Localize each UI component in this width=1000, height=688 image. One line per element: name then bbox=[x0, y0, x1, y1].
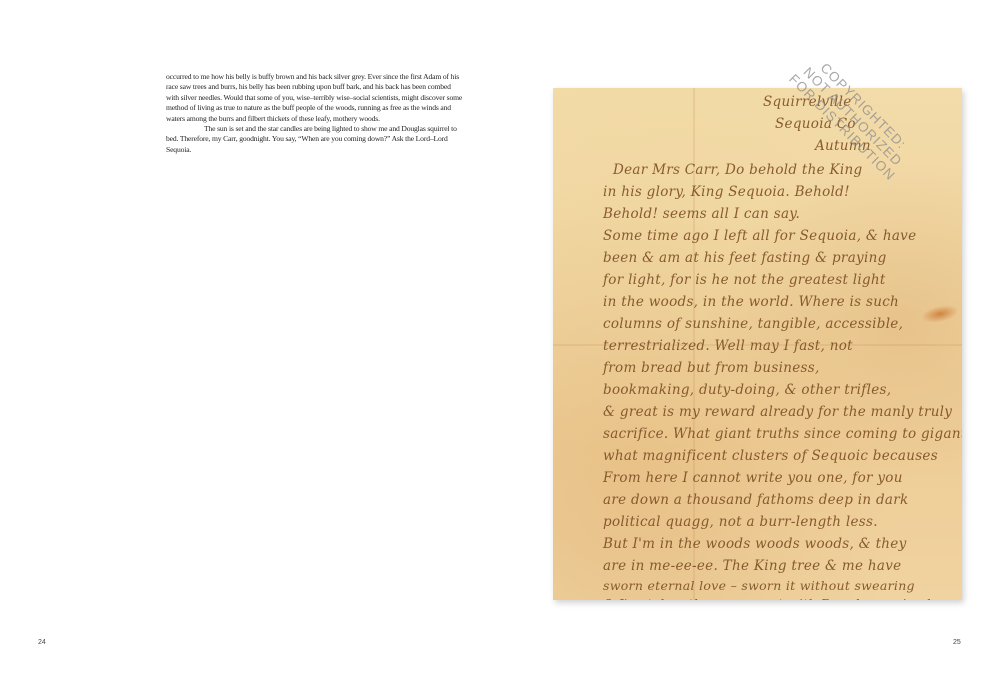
handwriting-line: sacrifice. What giant truths since comin… bbox=[603, 426, 962, 442]
handwriting-line: what magnificent clusters of Sequoic bec… bbox=[603, 448, 938, 464]
handwriting-line: From here I cannot write you one, for yo… bbox=[603, 470, 903, 486]
paragraph: occurred to me how his belly is buffy br… bbox=[166, 72, 464, 124]
handwriting-line: from bread but from business, bbox=[603, 360, 820, 376]
handwriting-line: terrestrialized. Well may I fast, not bbox=[603, 338, 853, 354]
handwriting-line: for light, for is he not the greatest li… bbox=[603, 272, 886, 288]
handwriting-line: But I'm in the woods woods woods, & they bbox=[603, 536, 907, 552]
handwriting-line: are down a thousand fathoms deep in dark bbox=[603, 492, 908, 508]
handwriting-line: Behold! seems all I can say. bbox=[603, 206, 800, 222]
handwriting-line: sworn eternal love – sworn it without sw… bbox=[603, 578, 915, 593]
ink-stain bbox=[920, 302, 960, 326]
handwriting-line: Some time ago I left all for Sequoia, & … bbox=[603, 228, 916, 244]
page-number: 24 bbox=[38, 639, 46, 646]
handwriting-line: & great is my reward already for the man… bbox=[603, 404, 952, 420]
page-number: 25 bbox=[953, 639, 961, 646]
handwriting-line: political quagg, not a burr-length less. bbox=[603, 514, 878, 530]
body-text: occurred to me how his belly is buffy br… bbox=[166, 72, 464, 155]
paragraph: The sun is set and the star candles are … bbox=[166, 124, 464, 155]
handwriting-line: in the woods, in the world. Where is suc… bbox=[603, 294, 899, 310]
left-page: occurred to me how his belly is buffy br… bbox=[0, 0, 500, 688]
handwriting-line: bookmaking, duty-doing, & other trifles, bbox=[603, 382, 891, 398]
right-page: Squirrelville Sequoia Co Autumn Dear Mrs… bbox=[500, 0, 1000, 688]
handwriting-line: are in me-ee-ee. The King tree & me have bbox=[603, 558, 901, 574]
handwriting-line: columns of sunshine, tangible, accessibl… bbox=[603, 316, 903, 332]
handwriting-line: & I've taken the sacrament with Douglas … bbox=[603, 596, 931, 600]
handwriting-line: been & am at his feet fasting & praying bbox=[603, 250, 887, 266]
book-spread: occurred to me how his belly is buffy br… bbox=[0, 0, 1000, 688]
handwriting-line: Dear Mrs Carr, Do behold the King bbox=[613, 162, 862, 178]
handwriting-line: in his glory, King Sequoia. Behold! bbox=[603, 184, 850, 200]
